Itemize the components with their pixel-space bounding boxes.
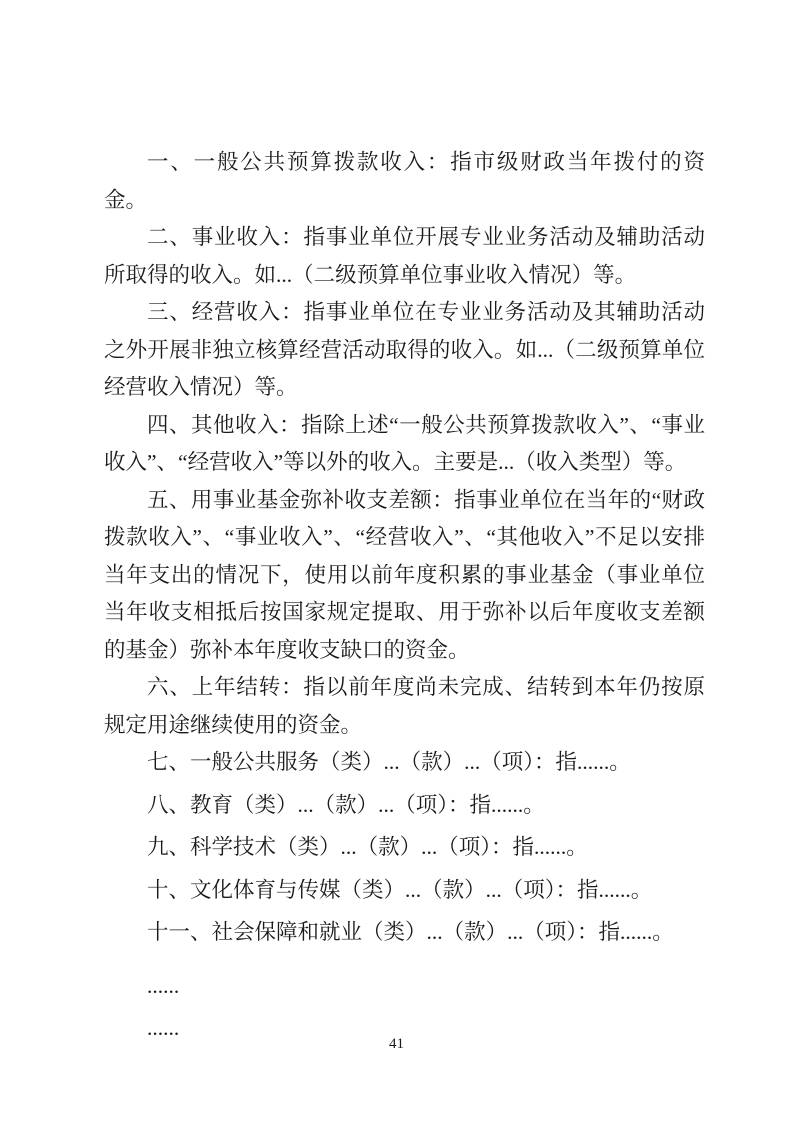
paragraph-item-4: 四、其他收入：指除上述“一般公共预算拨款收入”、“事业收入”、“经营收入”等以外… <box>104 407 705 482</box>
paragraph-item-1: 一、一般公共预算拨款收入：指市级财政当年拨付的资金。 <box>104 144 705 219</box>
paragraph-item-11: 十一、社会保障和就业（类）...（款）...（项）：指......。 <box>104 914 705 952</box>
paragraph-item-2: 二、事业收入：指事业单位开展专业业务活动及辅助活动所取得的收入。如...（二级预… <box>104 219 705 294</box>
document-page: 一、一般公共预算拨款收入：指市级财政当年拨付的资金。 二、事业收入：指事业单位开… <box>0 0 793 1122</box>
paragraph-item-8: 八、教育（类）...（款）...（项）：指......。 <box>104 787 705 825</box>
paragraph-item-10: 十、文化体育与传媒（类）...（款）...（项）：指......。 <box>104 872 705 910</box>
paragraph-item-5: 五、用事业基金弥补收支差额：指事业单位在当年的“财政拨款收入”、“事业收入”、“… <box>104 482 705 670</box>
paragraph-item-9: 九、科学技术（类）...（款）...（项）：指......。 <box>104 829 705 867</box>
paragraph-item-7: 七、一般公共服务（类）...（款）...（项）：指......。 <box>104 744 705 782</box>
page-number: 41 <box>0 1036 793 1053</box>
paragraph-item-3: 三、经营收入：指事业单位在专业业务活动及其辅助活动之外开展非独立核算经营活动取得… <box>104 294 705 407</box>
ellipsis-line-1: ...... <box>104 968 705 1006</box>
document-body: 一、一般公共预算拨款收入：指市级财政当年拨付的资金。 二、事业收入：指事业单位开… <box>104 144 705 1048</box>
paragraph-item-6: 六、上年结转：指以前年度尚未完成、结转到本年仍按原规定用途继续使用的资金。 <box>104 669 705 744</box>
